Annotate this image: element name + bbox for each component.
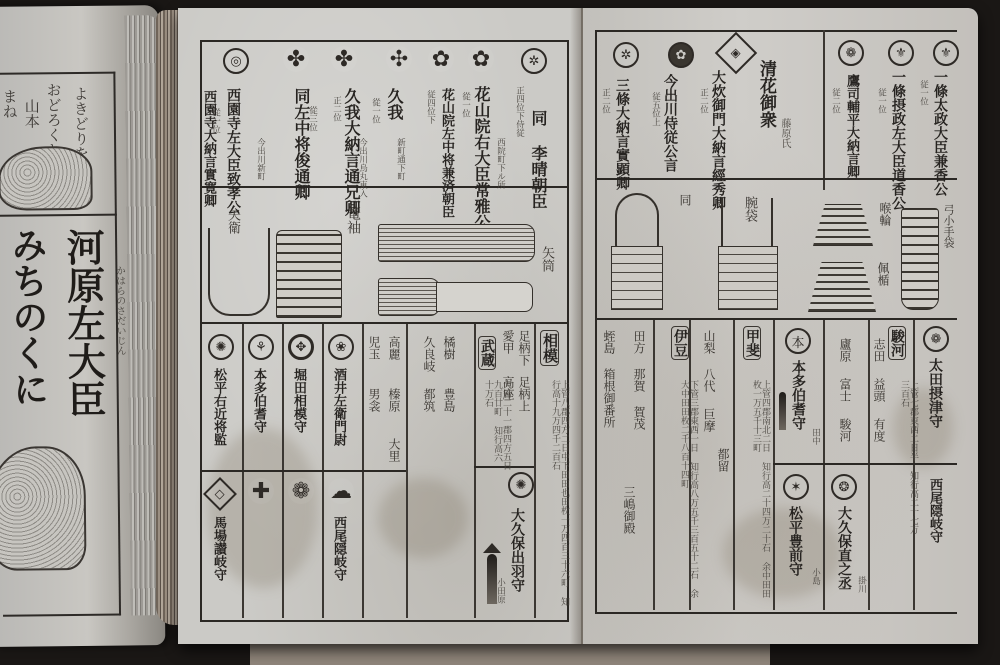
place-name: 箱根御番所	[603, 368, 615, 428]
province-header: 駿河	[888, 326, 906, 360]
wheel-crest-icon: ✿	[668, 42, 694, 68]
daimyo-name: 松平右近将監	[212, 368, 225, 446]
flower-crest-icon: ❁	[288, 478, 314, 504]
castle-name: 田中	[811, 428, 820, 445]
noble-name: 同左中将俊通卿	[293, 88, 309, 200]
noble-rank: 従五位上	[651, 92, 660, 126]
place-name: 田方	[633, 330, 645, 354]
place-name: 駿河	[839, 418, 851, 442]
kikyo-crest-icon: ✣	[386, 46, 412, 72]
place-name: 橘樹	[443, 336, 455, 360]
daimyo-name: 堀田相模守	[292, 368, 305, 433]
banner-icon	[779, 392, 786, 430]
noble-name: 花山院右大臣常雅公	[473, 86, 489, 230]
noble-name: 一條摂政左大臣道香公	[891, 70, 905, 210]
daimyo-name: 西尾隠岐守	[332, 516, 345, 581]
kamon-crest-icon: ❂	[831, 474, 857, 500]
place-name: 志田	[873, 338, 885, 362]
daimyo-name: 松平豊前守	[788, 506, 802, 576]
noble-name: 久我大納言通兄卿	[343, 88, 359, 216]
castle-name: 掛川	[857, 576, 866, 593]
place-name: 巨摩	[703, 408, 715, 432]
noble-rank: 從一位	[371, 98, 380, 124]
province-header: 武蔵	[478, 336, 496, 370]
place-name: 男衾	[368, 388, 380, 412]
arm-sleeve-illustration	[901, 208, 939, 310]
noble-note: 藤原氏	[779, 118, 789, 148]
bag-illustration	[611, 246, 663, 310]
bag-loop-illustration	[615, 193, 659, 251]
place-name: 山梨	[703, 330, 715, 354]
sun-wheel-crest-icon: ✺	[208, 334, 234, 360]
quiver-tube-illustration	[436, 282, 533, 312]
place-name: 愛甲	[502, 330, 514, 354]
place-name: 廬原	[839, 338, 851, 362]
spear-icon	[483, 543, 501, 553]
daimyo-name: 大久保直之丞	[837, 506, 851, 590]
province-header: 相模	[540, 330, 559, 366]
place-name: 蛭島	[603, 330, 615, 354]
hanabishi-crest-icon: ✿	[468, 46, 494, 72]
quatrefoil-crest-icon: ✥	[288, 334, 314, 360]
banner-icon	[487, 554, 497, 604]
daimyo-name: 大久保出羽守	[510, 508, 524, 592]
noble-rank: 正二位	[699, 88, 708, 114]
cross-crest-icon: ✚	[248, 478, 274, 504]
arrow-bundle-illustration	[378, 278, 440, 316]
noble-rank: 従一位	[877, 88, 886, 114]
noble-name: 同 李晴朝臣	[530, 110, 546, 209]
place-name: 都留	[717, 448, 729, 472]
daimyo-name: 酒井左衛門尉	[332, 368, 345, 446]
place-name: 久良岐	[423, 336, 435, 372]
place-name: 八代	[703, 368, 715, 392]
kamon-crest-icon: 本	[785, 328, 811, 354]
castle-name: 小島	[811, 568, 820, 585]
noble-address: 新町通下町	[396, 138, 405, 181]
wisteria-ring-crest-icon: ⚜	[933, 40, 959, 66]
daimyo-name: 馬場讃岐守	[212, 516, 225, 581]
place-name: 児玉	[368, 336, 380, 360]
place-name: 益頭	[873, 378, 885, 402]
mitsuba-crest-icon: ⚘	[248, 334, 274, 360]
robe-illustration	[0, 446, 87, 571]
province-note: 下管三郡東西一日 知行高八万五千三百五十二石 余大中田田枚二千八百十四町	[679, 380, 697, 600]
noble-name: 久我	[386, 88, 402, 120]
noble-address: 西院町下ル所	[496, 138, 505, 189]
illustration-label: 佩楯	[877, 262, 889, 286]
illustration-label: 弓小手袋	[943, 204, 954, 248]
place-name: 豊島	[443, 388, 455, 412]
noble-name: 鷹司輔平大納言卿	[845, 74, 858, 178]
noble-rank: 従一位	[919, 80, 928, 106]
noble-name: 西園寺大納言實寛卿	[202, 90, 215, 207]
section-divider	[200, 322, 567, 324]
mitsudomoe-crest-icon: ◎	[223, 48, 249, 74]
open-book: ◎ ✤ ✤ ✣ ✿ ✿ ✲ 同 李晴朝臣 正四位下侍従 花山院右大臣常雅公 從一…	[178, 8, 978, 644]
illustration-label: 同	[679, 194, 691, 206]
noble-rank: 正二位	[601, 88, 610, 114]
left-page: ◎ ✤ ✤ ✣ ✿ ✿ ✲ 同 李晴朝臣 正四位下侍従 花山院右大臣常雅公 從一…	[178, 8, 583, 644]
place-name: 高麗	[388, 336, 400, 360]
place-name: 都筑	[423, 388, 435, 412]
province-note: 上管八郡四方二日中下田田也田枚一万四百三十六町 知行高十九万四千二百石	[550, 380, 568, 610]
title-calligraphy: 河原左大臣	[63, 228, 103, 418]
poem-calligraphy: みちのくに	[9, 226, 47, 406]
kikyo-crest-icon: ✤	[331, 46, 357, 72]
noble-rank: 從一位	[461, 92, 470, 118]
right-page: ✲ ✿ ◈ ❁ ⚜ ⚜ 三條大納言實顕卿 正二位 今出川侍従公言 従五位上 大炊…	[583, 8, 978, 644]
place-name: 那賀	[633, 368, 645, 392]
left-book-partial: よきどりを おどろくと 山本 まね 河原左大臣 みちのくに かはらのさだいじん	[0, 5, 165, 647]
illustration-label: 矢筒	[540, 246, 553, 272]
noble-name: 三條大納言實顕卿	[615, 78, 629, 190]
peony-ring-crest-icon: ❁	[838, 40, 864, 66]
castle-name: 小田原	[496, 578, 505, 604]
noble-rank: 従四位下	[426, 90, 435, 124]
bow-frame-illustration	[208, 228, 270, 316]
kiku-crest-icon: ✲	[521, 48, 547, 74]
province-note: 上管四郡南北二日 知行高二十四万二十石 余中田田枚一万五千十三町	[751, 380, 769, 600]
noble-address: 今出川烏丸東入	[358, 138, 367, 198]
section-divider	[595, 318, 957, 320]
place-name: 高座	[502, 376, 514, 400]
poem-line: 山本	[24, 98, 39, 128]
noble-rank: 従二位	[831, 88, 840, 114]
daimyo-name: 本多伯耆守	[791, 360, 805, 430]
daimyo-name: 太田摂津守	[928, 358, 942, 428]
kamon-crest-icon: ✶	[783, 474, 809, 500]
section-divider	[200, 186, 567, 188]
noble-name: 大炊御門大納言經秀卿	[711, 70, 725, 210]
noble-name: 一條太政大臣兼香公	[933, 70, 947, 196]
hanabishi-crest-icon: ✤	[283, 46, 309, 72]
illustration-label: 矢衛	[226, 208, 239, 234]
illustration-label: 喉輪	[879, 202, 891, 226]
place-name: 賀茂	[633, 406, 645, 430]
peony-crest-icon: ✺	[508, 472, 534, 498]
misc-label: 三嶋御殿	[623, 486, 635, 534]
daimyo-name: 本多伯耆守	[252, 368, 265, 433]
armored-sleeve-illustration	[276, 230, 342, 318]
seated-figure-illustration	[0, 146, 93, 211]
furigana: かはらのさだいじん	[113, 266, 124, 356]
bag-with-poles-illustration	[718, 246, 778, 310]
kiku-ring-crest-icon: ✲	[613, 42, 639, 68]
poem-line: まね	[2, 89, 17, 119]
province-note: 上管七郡東西二日半 知行高二十七万三百石	[899, 380, 917, 540]
noble-name: 西園寺左大臣致孝公	[226, 88, 240, 214]
daimyo-name: 西尾隠岐守	[928, 478, 941, 543]
noble-name: 清花御衆	[757, 60, 774, 128]
place-name: 富士	[839, 378, 851, 402]
wisteria-ring-crest-icon: ⚜	[888, 40, 914, 66]
hanabishi-crest-icon: ✿	[428, 46, 454, 72]
cloud-crest-icon: ☁	[328, 478, 354, 504]
place-name: 有度	[873, 418, 885, 442]
place-name: 大里	[388, 438, 400, 462]
place-name: 榛原	[388, 388, 400, 412]
illustration-label: 腕袋	[743, 196, 756, 222]
noble-name: 今出川侍従公言	[663, 74, 677, 172]
kikyo-ring-crest-icon: ❀	[328, 334, 354, 360]
noble-rank: 從三位	[308, 106, 317, 132]
place-name: 足柄下	[518, 330, 530, 366]
province-header: 甲斐	[743, 326, 761, 360]
place-name: 足柄上	[518, 376, 530, 412]
noble-name: 花山院左中将兼済朝臣	[440, 88, 453, 218]
province-header: 伊豆	[671, 326, 689, 360]
kamon-crest-icon: ❁	[923, 326, 949, 352]
noble-rank: 正四位下侍従	[515, 86, 524, 137]
noble-address: 今出川新町	[256, 138, 265, 181]
noble-rank: 正二位	[332, 96, 341, 122]
quiver-bundle-illustration	[378, 224, 535, 262]
illustration-label: 篭袖	[346, 206, 360, 234]
